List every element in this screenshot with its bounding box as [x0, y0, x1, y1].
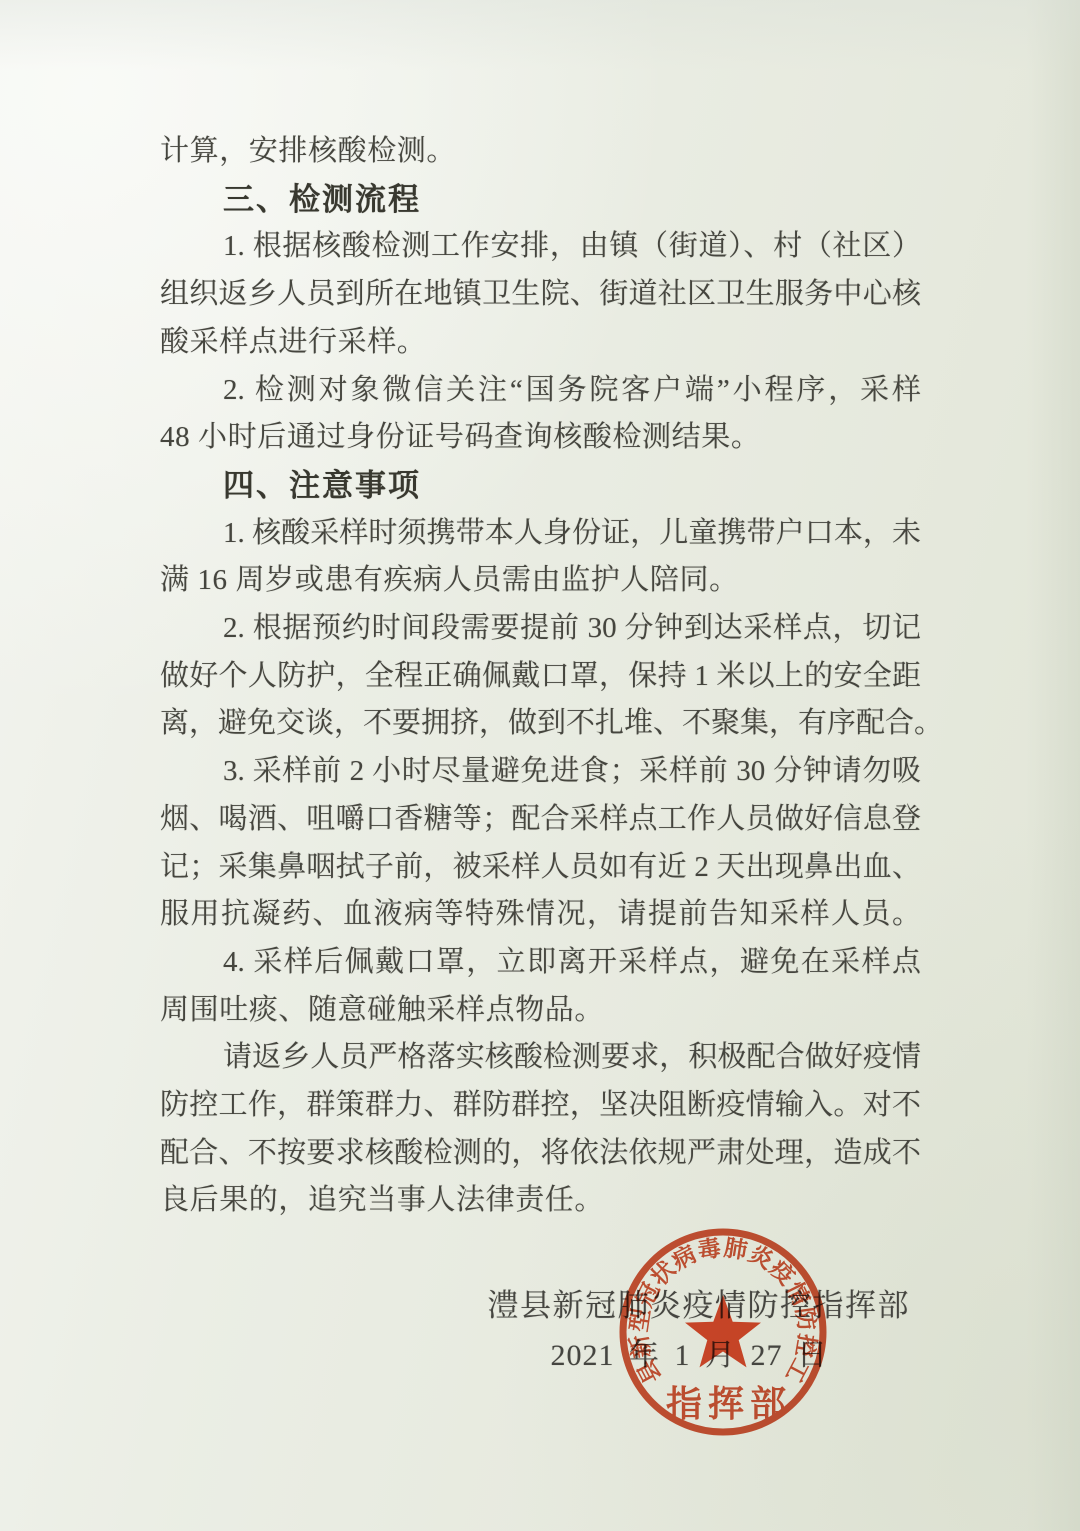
star-icon — [685, 1295, 761, 1367]
document-line: 服用抗凝药、血液病等特殊情况，请提前告知采样人员。 — [160, 891, 921, 939]
document-line: 3. 采样前 2 小时尽量避免进食；采样前 30 分钟请勿吸 — [160, 748, 921, 796]
document-line: 计算，安排核酸检测。 — [160, 128, 921, 176]
document-line: 配合、不按要求核酸检测的，将依法依规严肃处理，造成不 — [160, 1130, 921, 1178]
document-line: 2. 检测对象微信关注“国务院客户端”小程序，采样 — [160, 367, 921, 415]
document-line: 离，避免交谈，不要拥挤，做到不扎堆、不聚集，有序配合。 — [160, 700, 921, 748]
document-line: 组织返乡人员到所在地镇卫生院、街道社区卫生服务中心核 — [160, 271, 921, 319]
scan-edge-shading — [1026, 0, 1080, 1531]
document-body: 计算，安排核酸检测。三、检测流程1. 根据核酸检测工作安排，由镇（街道）、村（社… — [160, 128, 921, 1225]
document-line: 1. 核酸采样时须携带本人身份证，儿童携带户口本，未 — [160, 510, 921, 558]
document-line: 周围吐痰、随意碰触采样点物品。 — [160, 987, 921, 1035]
scanned-document-page: 计算，安排核酸检测。三、检测流程1. 根据核酸检测工作安排，由镇（街道）、村（社… — [0, 0, 1080, 1531]
document-line: 满 16 周岁或患有疾病人员需由监护人陪同。 — [160, 557, 921, 605]
document-line: 烟、喝酒、咀嚼口香糖等；配合采样点工作人员做好信息登 — [160, 796, 921, 844]
section-heading: 三、检测流程 — [160, 176, 921, 224]
document-line: 请返乡人员严格落实核酸检测要求，积极配合做好疫情 — [160, 1034, 921, 1082]
document-line: 48 小时后通过身份证号码查询核酸检测结果。 — [160, 414, 921, 462]
scan-top-shading — [0, 0, 1080, 70]
document-line: 4. 采样后佩戴口罩，立即离开采样点，避免在采样点 — [160, 939, 921, 987]
document-line: 酸采样点进行采样。 — [160, 319, 921, 367]
document-line: 1. 根据核酸检测工作安排，由镇（街道）、村（社区） — [160, 223, 921, 271]
document-line: 防控工作，群策群力、群防群控，坚决阻断疫情输入。对不 — [160, 1082, 921, 1130]
document-line: 做好个人防护，全程正确佩戴口罩，保持 1 米以上的安全距 — [160, 653, 921, 701]
official-seal: 澧县新型冠状病毒肺炎疫情防控工作 指挥部 — [593, 1202, 853, 1462]
section-heading: 四、注意事项 — [160, 462, 921, 510]
document-line: 2. 根据预约时间段需要提前 30 分钟到达采样点，切记 — [160, 605, 921, 653]
seal-bottom-text: 指挥部 — [666, 1383, 792, 1424]
document-line: 记；采集鼻咽拭子前，被采样人员如有近 2 天出现鼻出血、 — [160, 844, 921, 892]
